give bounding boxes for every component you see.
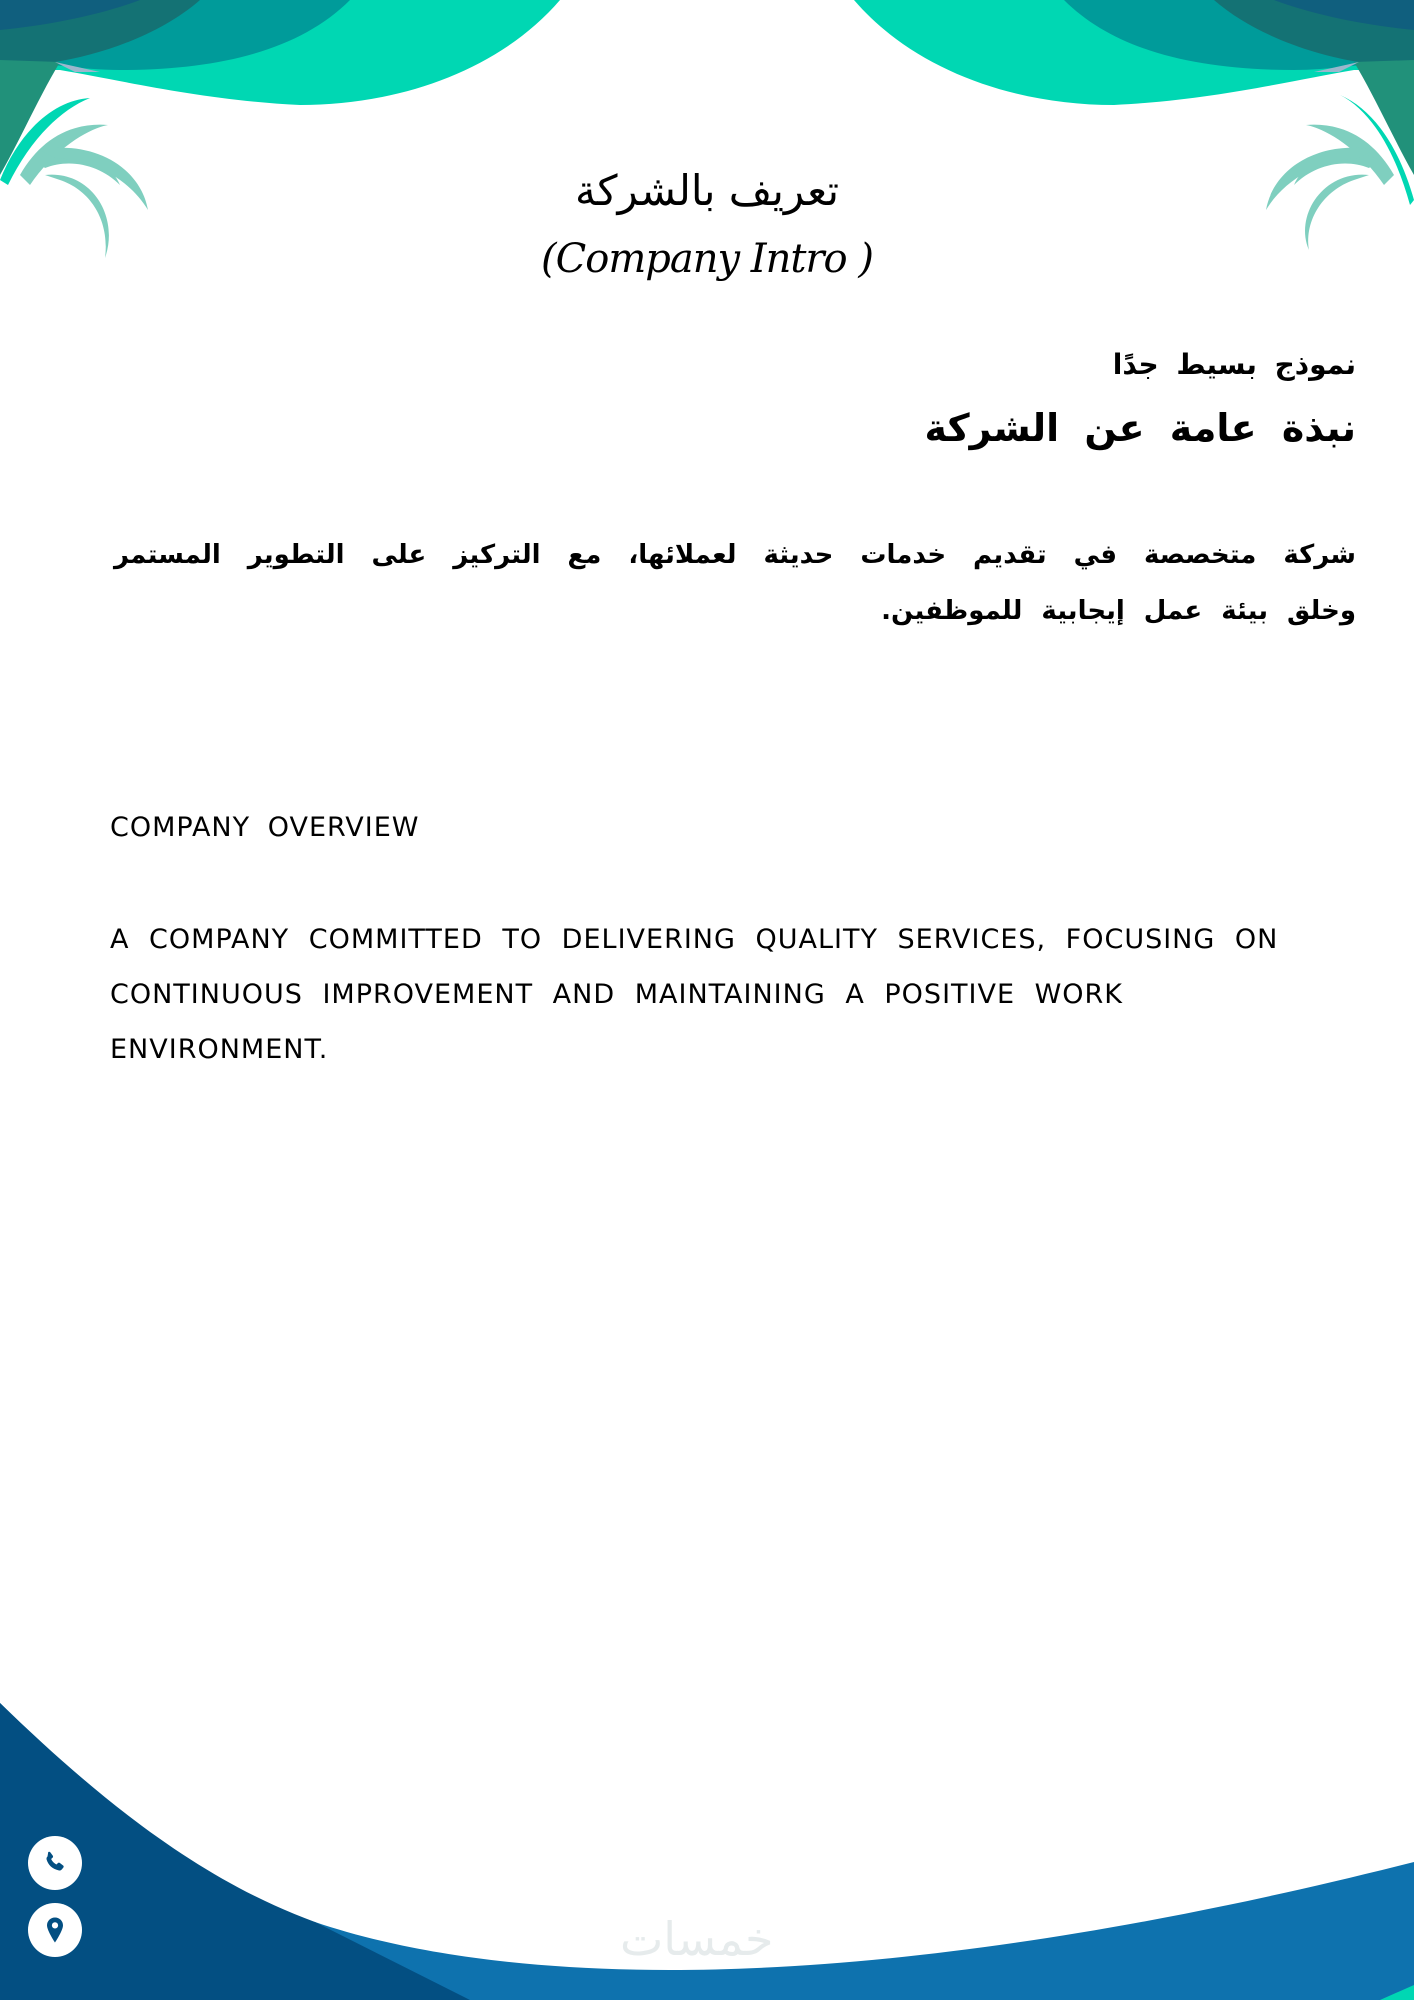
page-title-arabic: تعريف بالشركة	[0, 166, 1414, 215]
phone-glyph-icon	[40, 1848, 70, 1878]
phone-icon	[28, 1836, 82, 1890]
location-pin-icon	[28, 1903, 82, 1957]
arabic-subtitle: نموذج بسيط جدًا	[1113, 348, 1356, 381]
arabic-paragraph: شركة متخصصة في تقديم خدمات حديثة لعملائه…	[114, 527, 1356, 639]
watermark-logo: خمسات	[620, 1912, 773, 1966]
english-paragraph: A company committed to delivering qualit…	[110, 912, 1340, 1077]
arabic-section-heading: نبذة عامة عن الشركة	[924, 406, 1356, 450]
english-section-heading: Company Overview	[110, 812, 419, 843]
pin-glyph-icon	[40, 1915, 70, 1945]
page-title-english: (Company Intro )	[0, 236, 1414, 282]
document-page: تعريف بالشركة (Company Intro ) نموذج بسي…	[0, 0, 1414, 2000]
